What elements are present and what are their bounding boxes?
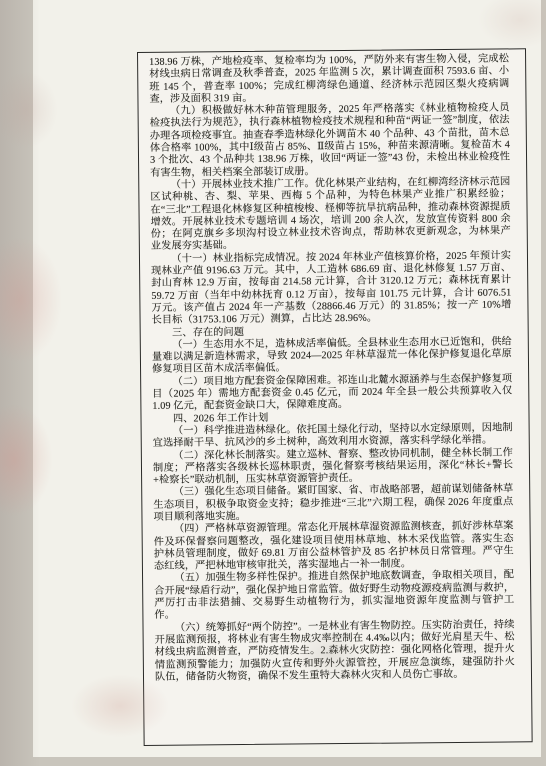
paragraph: （十）开展林业技术推广工作。优化林果产业结构，在红柳湾经济林示范园区试种桃、杏、… (150, 176, 511, 253)
paragraph: 138.96 万株，产地检疫率、复检率均为 100%，严防外来有害生物入侵，完成… (149, 53, 509, 106)
table-cell-wrapper: 138.96 万株，产地检疫率、复检率均为 100%，严防外来有害生物入侵，完成… (137, 48, 533, 746)
paragraph: （二）深化林长制落实。建立巡林、督察、整改协同机制，健全林长制工作制度；严格落实… (153, 447, 513, 487)
paragraph: （三）强化生态项目储备。紧盯国家、省、市战略部署，超前谋划储备林草生态项目，积极… (153, 484, 513, 524)
paragraph: （一）生态用水不足，造林成活率偏低。全县林业生态用水已近饱和，供给量难以满足新造… (152, 336, 512, 376)
paragraph: （十一）林业指标完成情况。按 2024 年林业产值核算价格，2025 年预计实现… (151, 250, 512, 327)
table-cell: 138.96 万株，产地检疫率、复检率均为 100%，严防外来有害生物入侵，完成… (137, 48, 533, 746)
scanned-document-page: { "page": { "background_color": "#c9c5bc… (0, 0, 546, 766)
paragraph: （六）统筹抓好“两个防控”。一是林业有害生物防控。压实防治责任，持续开展监测预报… (154, 619, 515, 684)
paragraph: （四）严格林草资源管理。常态化开展林草湿资源监测核查，抓好涉林草案件及环保督察问… (154, 521, 514, 574)
paragraph: （二）项目地方配套资金保障困难。祁连山北麓水源涵养与生态保护修复项目（2025 … (152, 373, 512, 413)
paragraph: （九）积极做好林木种苗管理服务，2025 年严格落实《林业植物检疫人员检疫执法行… (150, 103, 511, 180)
paragraph: （五）加强生物多样性保护。推进自然保护地底数调查，争取相关项目，配合开展“绿盾行… (154, 570, 514, 623)
document-body: 138.96 万株，产地检疫率、复检率均为 100%，严防外来有害生物入侵，完成… (149, 53, 515, 684)
paragraph: （一）科学推进造林绿化。依托国土绿化行动，坚持以水定绿原则，因地制宜选择耐干旱、… (153, 422, 513, 450)
